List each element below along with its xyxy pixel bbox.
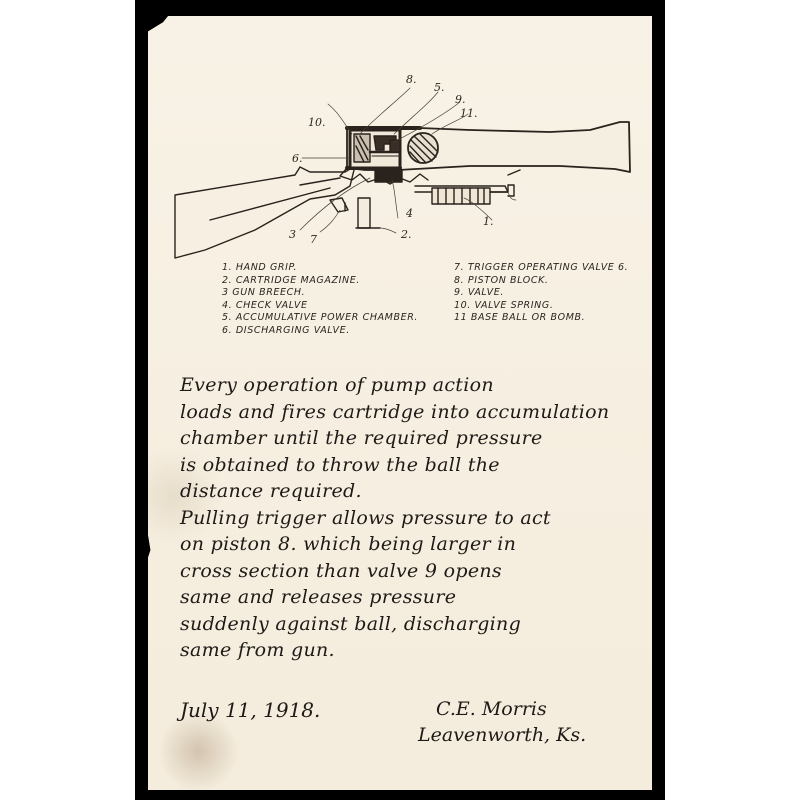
note-line: suddenly against ball, discharging — [180, 611, 640, 638]
legend-column-right: 7. Trigger operating valve 6. 8. Piston … — [454, 262, 654, 338]
legend-item: 2. Cartridge magazine. — [222, 275, 448, 288]
callout-8: 8. — [406, 73, 417, 86]
legend-item: 6. Discharging valve. — [222, 325, 448, 338]
note-line: cross section than valve 9 opens — [180, 558, 640, 585]
callout-4: 4 — [406, 207, 413, 220]
legend-item: 5. Accumulative power chamber. — [222, 312, 448, 325]
note-line: Every operation of pump action — [180, 372, 640, 399]
signature-name: C.E. Morris — [418, 696, 586, 722]
handwritten-description: Every operation of pump action loads and… — [180, 372, 640, 664]
callout-9: 9. — [455, 93, 466, 106]
callout-5: 5. — [434, 81, 445, 94]
legend-item: 1. Hand grip. — [222, 262, 448, 275]
note-line: same and releases pressure — [180, 584, 640, 611]
legend-item: 4. Check valve — [222, 300, 448, 313]
legend-item: 9. Valve. — [454, 287, 654, 300]
note-line: loads and fires cartridge into accumulat… — [180, 399, 640, 426]
legend-item: 3 Gun breech. — [222, 287, 448, 300]
note-line: chamber until the required pressure — [180, 425, 640, 452]
callout-10: 10. — [308, 116, 326, 129]
note-line: on piston 8. which being larger in — [180, 531, 640, 558]
signature-place: Leavenworth, Ks. — [418, 722, 586, 748]
callout-3: 3 — [289, 228, 296, 241]
handwritten-date: July 11, 1918. — [180, 698, 320, 722]
callout-7: 7 — [310, 233, 317, 246]
signature-block: C.E. Morris Leavenworth, Ks. — [418, 696, 586, 748]
note-line: Pulling trigger allows pressure to act — [180, 505, 640, 532]
gun-diagram: 8. 5. 9. 11. 10. 6. 4 1. 3 7 2. — [170, 70, 640, 260]
callout-2: 2. — [401, 228, 412, 241]
note-line: same from gun. — [180, 637, 640, 664]
parts-legend: 1. Hand grip. 2. Cartridge magazine. 3 G… — [222, 262, 652, 338]
legend-column-left: 1. Hand grip. 2. Cartridge magazine. 3 G… — [222, 262, 448, 338]
legend-item: 8. Piston block. — [454, 275, 654, 288]
legend-item: 7. Trigger operating valve 6. — [454, 262, 654, 275]
note-line: distance required. — [180, 478, 640, 505]
callout-1: 1. — [483, 215, 494, 228]
legend-item: 10. Valve spring. — [454, 300, 654, 313]
callout-6: 6. — [292, 152, 303, 165]
callout-11: 11. — [460, 107, 478, 120]
legend-item: 11 Base ball or bomb. — [454, 312, 654, 325]
note-line: is obtained to throw the ball the — [180, 452, 640, 479]
